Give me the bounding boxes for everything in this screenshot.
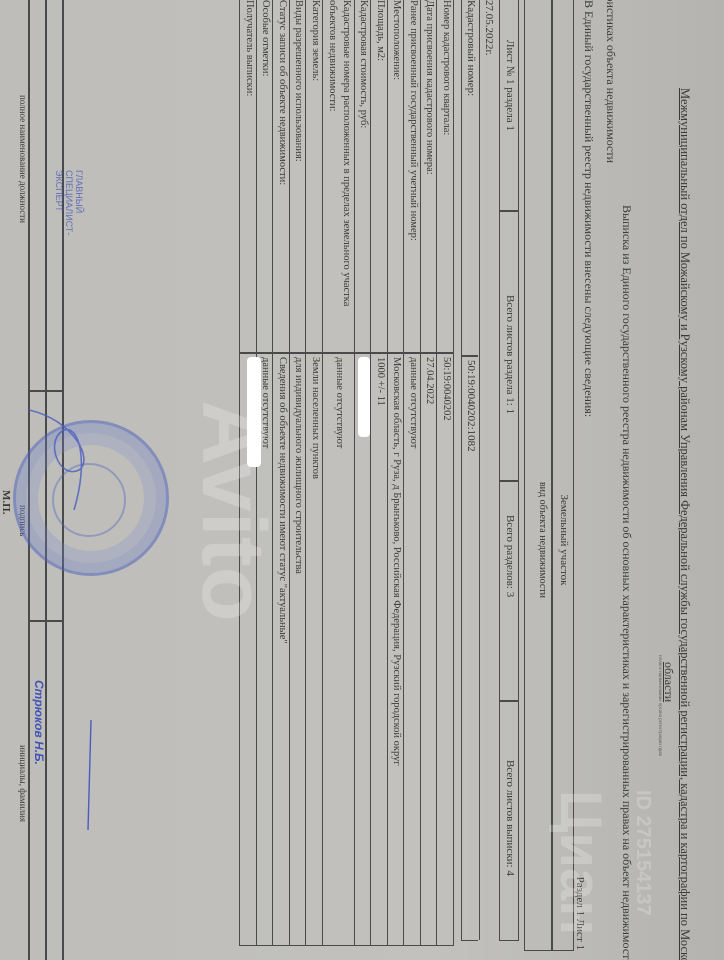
name-caption: инициалы, фамилия <box>18 745 28 822</box>
row-label: Получатель выписки: <box>244 0 255 96</box>
table-row: Кадастровая стоимость, руб: <box>354 0 371 945</box>
document-page: Межмуниципальный отдел по Можайскому и Р… <box>0 0 724 960</box>
divider <box>323 352 354 354</box>
position-stamp: ГЛАВНЫЙ СПЕЦИАЛИСТ-ЭКСПЕРТ <box>54 170 84 230</box>
row-value: данные отсутствуют <box>408 357 419 448</box>
divider <box>290 352 306 354</box>
row-label: Площадь, м2: <box>375 0 386 61</box>
organization-caption: полное наименование органа регистрации п… <box>657 655 662 756</box>
row-label: Кадастровая стоимость, руб: <box>359 0 370 128</box>
total-sheets-extract: Всего листов выписки: 4 <box>504 760 516 876</box>
sheet-info-row: Лист № 1 раздела 1 Всего листов раздела … <box>499 0 519 941</box>
row-label: Местоположение: <box>392 0 403 80</box>
cadastral-number-row: Кадастровый номер: 50:19:0040202:1082 <box>461 0 478 941</box>
row-value: 50:19:0040202 <box>441 357 452 421</box>
row-label: Номер кадастрового квартала: <box>441 0 452 135</box>
divider <box>405 352 421 354</box>
row-label: Виды разрешенного использования: <box>294 0 305 162</box>
table-row: Ранее присвоенный государственный учетны… <box>404 0 421 945</box>
divider <box>307 352 323 354</box>
divider <box>500 480 518 482</box>
divider <box>29 620 64 622</box>
table-row: Дата присвоения кадастрового номера: 27.… <box>420 0 437 945</box>
divider <box>438 352 454 354</box>
sheet-number: Лист № 1 раздела 1 <box>504 40 516 131</box>
divider <box>257 352 273 354</box>
row-label: Кадастровые номера расположенных в преде… <box>325 0 353 345</box>
row-label: Статус записи об объекте недвижимости: <box>277 0 288 185</box>
total-sheets-section: Всего листов раздела 1: 1 <box>504 295 516 414</box>
redaction-mark <box>358 357 370 437</box>
divider <box>372 352 388 354</box>
cian-watermark: Циан <box>547 790 614 935</box>
extract-date: 27.05.2022г. <box>483 0 495 56</box>
divider <box>500 210 518 212</box>
divider <box>388 352 404 354</box>
row-label: Категория земель: <box>310 0 321 81</box>
row-value: 27.04.2022 <box>425 357 436 404</box>
table-row: Категория земель: Земли населенных пункт… <box>306 0 323 945</box>
avito-watermark: Avito <box>181 400 284 622</box>
table-row: Площадь, м2: 1000 +/- 11 <box>371 0 388 945</box>
row-value: 1000 +/- 11 <box>375 357 386 406</box>
row-value: для индивидуального жилищного строительс… <box>294 357 305 574</box>
row-value: Московская область, г Руза, д Брынъково,… <box>392 357 403 766</box>
handwritten-name: Стрюков Н.Б. <box>32 680 46 765</box>
divider <box>274 352 290 354</box>
organization-name: Межмуниципальный отдел по Можайскому и Р… <box>677 88 692 698</box>
intro-text: В Единый государственный реестр недвижим… <box>581 0 596 417</box>
row-label: Особые отметки: <box>261 0 272 76</box>
position-caption: полное наименование должности <box>18 95 28 223</box>
table-row: Кадастровые номера расположенных в преде… <box>322 0 354 945</box>
date-row: 27.05.2022г. <box>479 0 496 940</box>
row-value: Земли населенных пунктов <box>310 357 321 479</box>
cian-id-watermark: ID 275154137 <box>631 790 654 916</box>
seal-caption: М.П. <box>0 490 12 514</box>
row-label: Дата присвоения кадастрового номера: <box>425 0 436 175</box>
divider <box>29 390 64 392</box>
table-row: Виды разрешенного использования: для инд… <box>289 0 306 945</box>
total-sections: Всего разделов: 3 <box>504 515 516 597</box>
signature-line <box>74 718 94 838</box>
table-row: Местоположение: Московская область, г Ру… <box>387 0 404 945</box>
document-subtitle: Сведения об основных характеристиках объ… <box>603 0 618 480</box>
divider <box>355 352 371 354</box>
cadastral-number-label: Кадастровый номер: <box>465 0 477 96</box>
divider <box>462 355 478 357</box>
signature-stroke <box>14 400 134 520</box>
cadastral-number-value: 50:19:0040202:1082 <box>465 360 477 452</box>
divider <box>241 352 257 354</box>
divider <box>500 700 518 702</box>
organization-name-cont: области <box>661 662 676 702</box>
divider <box>421 352 437 354</box>
table-row: Номер кадастрового квартала: 50:19:00402… <box>437 0 454 945</box>
row-value: данные отсутствуют <box>334 357 345 448</box>
row-label: Ранее присвоенный государственный учетны… <box>408 0 419 241</box>
